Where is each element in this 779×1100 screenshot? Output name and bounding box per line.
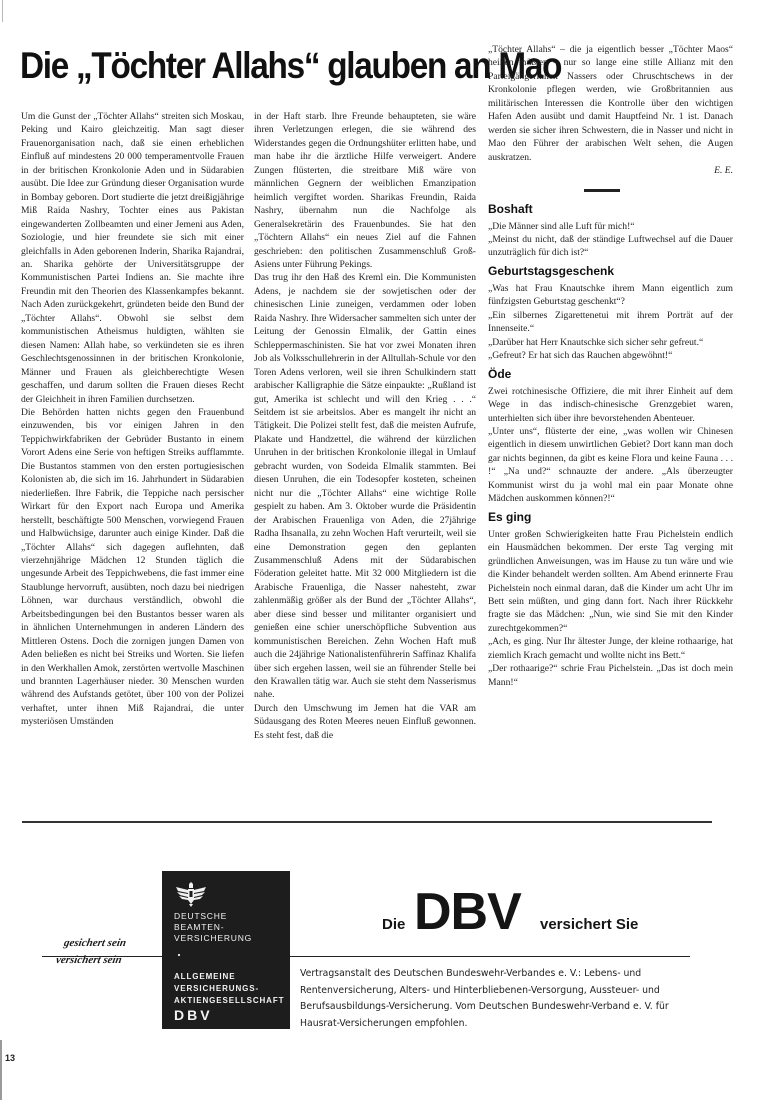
ad-tagline-bottom: versichert sein xyxy=(55,954,123,966)
joke-line: „Unter uns“, flüsterte der eine, „was wo… xyxy=(488,425,733,506)
joke-title: Geburtstagsgeschenk xyxy=(488,264,733,279)
joke-line: Zwei rotchinesische Offiziere, die mit i… xyxy=(488,385,733,425)
article-paragraph: in der Haft starb. Ihre Freunde behaupte… xyxy=(254,110,476,271)
joke-oede: Öde Zwei rotchinesische Offiziere, die m… xyxy=(488,367,733,506)
article-column-2: in der Haft starb. Ihre Freunde behaupte… xyxy=(254,110,476,742)
joke-line: „Meinst du nicht, daß der ständige Luftw… xyxy=(488,233,733,260)
joke-title: Es ging xyxy=(488,510,733,525)
article-column-3: „Töchter Allahs“ – die ja eigentlich bes… xyxy=(488,43,733,689)
joke-title: Boshaft xyxy=(488,202,733,217)
section-divider xyxy=(584,189,620,192)
eagle-emblem-icon xyxy=(174,879,208,909)
article-headline: Die „Töchter Allahs“ glauben an Mao xyxy=(20,44,434,88)
ad-org-name: Deutsche Beamten- Versicherung xyxy=(174,911,252,944)
author-signature: E. E. xyxy=(488,164,733,177)
joke-line: „Die Männer sind alle Luft für mich!“ xyxy=(488,220,733,233)
article-paragraph: Das trug ihr den Haß des Kreml ein. Die … xyxy=(254,271,476,702)
joke-line: „Ach, es ging. Nur Ihr ältester Junge, d… xyxy=(488,635,733,662)
joke-line: „Gefreut? Er hat sich das Rauchen abgewö… xyxy=(488,349,733,362)
joke-geburtstagsgeschenk: Geburtstagsgeschenk „Was hat Frau Knauts… xyxy=(488,264,733,363)
joke-es-ging: Es ging Unter großen Schwierigkeiten hat… xyxy=(488,510,733,689)
joke-line: „Was hat Frau Knautschke ihrem Mann eige… xyxy=(488,282,733,309)
article-paragraph: Die Behörden hatten nichts gegen den Fra… xyxy=(21,406,244,729)
ad-company-name: ALLGEMEINE VERSICHERUNGS- AKTIENGESELLSC… xyxy=(174,971,284,1007)
article-bottom-rule xyxy=(22,821,712,823)
ad-slogan-pre: Die xyxy=(382,916,405,933)
joke-line: „Ein silbernes Zigarettenetui mit ihrem … xyxy=(488,309,733,336)
joke-title: Öde xyxy=(488,367,733,382)
ad-org-line: Deutsche xyxy=(174,911,252,922)
joke-line: Unter großen Schwierigkeiten hatte Frau … xyxy=(488,528,733,636)
article-paragraph: Durch den Umschwung im Jemen hat die VAR… xyxy=(254,702,476,742)
joke-line: „Der rothaarige?“ schrie Frau Pichelstei… xyxy=(488,662,733,689)
joke-line: „Darüber hat Herr Knautschke sich sicher… xyxy=(488,336,733,349)
article-column-1: Um die Gunst der „Töchter Allahs“ streit… xyxy=(21,110,244,729)
ad-company-line: AKTIENGESELLSCHAFT xyxy=(174,995,284,1007)
scan-edge-mark xyxy=(0,1040,2,1100)
ad-dot xyxy=(178,954,180,956)
ad-tagline-top: gesichert sein xyxy=(63,937,127,949)
ad-org-line: Beamten- xyxy=(174,922,252,933)
ad-company-line: VERSICHERUNGS- xyxy=(174,983,284,995)
ad-connector-line xyxy=(290,956,690,957)
joke-boshaft: Boshaft „Die Männer sind alle Luft für m… xyxy=(488,202,733,260)
ad-slogan-brand: DBV xyxy=(414,886,521,938)
ad-slogan-post: versichert Sie xyxy=(540,916,638,933)
ad-company-line: ALLGEMEINE xyxy=(174,971,284,983)
article-paragraph: „Töchter Allahs“ – die ja eigentlich bes… xyxy=(488,43,733,164)
page-number: 13 xyxy=(5,1053,15,1063)
scan-edge-mark xyxy=(2,0,3,22)
article-paragraph: Um die Gunst der „Töchter Allahs“ streit… xyxy=(21,110,244,406)
ad-company-abbr: DBV xyxy=(174,1007,213,1023)
ad-body-text: Vertragsanstalt des Deutschen Bundeswehr… xyxy=(300,966,680,1032)
ad-org-line: Versicherung xyxy=(174,933,252,944)
ad-logo-box: Deutsche Beamten- Versicherung ALLGEMEIN… xyxy=(162,871,290,1029)
